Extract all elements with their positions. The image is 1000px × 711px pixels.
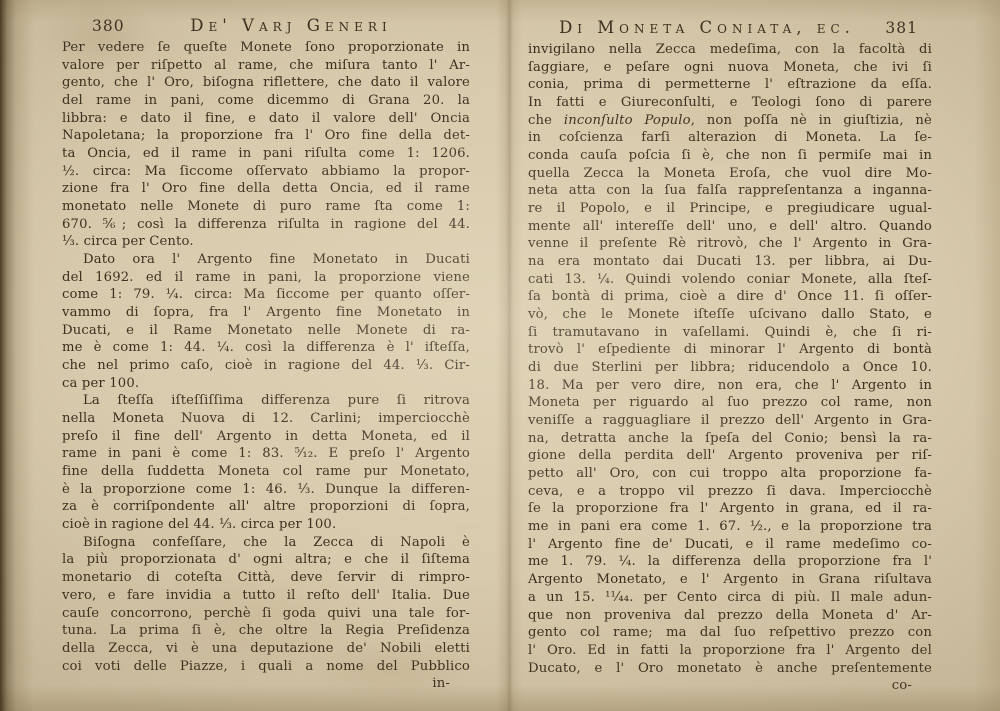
text-line: Argento Monetato, e l' Argento in Grana …	[528, 571, 932, 589]
left-text-block: Per vedere ſe queſte Monete ſono proporz…	[62, 39, 470, 675]
text-line: Ducato, e l' Oro monetato è anche preſen…	[528, 660, 932, 678]
text-line: monetario di coteſta Città, deve ſervir …	[62, 569, 470, 587]
text-line: come 1: 79. ¼. circa: Ma ſiccome per qua…	[62, 286, 470, 304]
text-line: zione fra l' Oro fine della detta Oncia,…	[62, 180, 470, 198]
right-page-number: 381	[858, 19, 932, 37]
text-line: cauſe concorrono, perchè ſi goda quivi u…	[62, 605, 470, 623]
text-line: cioè in ragione del 44. ⅓. circa per 100…	[62, 516, 470, 534]
text-line: ſi tramutavano in vaſellami. Quindi è, c…	[528, 324, 932, 342]
text-line: za è corriſpondente all' altre proporzio…	[62, 498, 470, 516]
text-line: gento, che l' Oro, biſogna riflettere, c…	[62, 74, 470, 92]
text-line: ceva, e a troppo vil prezzo ſi dava. Imp…	[528, 483, 932, 501]
text-line: Ducati, e il Rame Monetato nelle Monete …	[62, 322, 470, 340]
text-line: conia, prima di permetterne l' eſtrazion…	[528, 76, 932, 94]
text-line: quella Zecca la Moneta Eroſa, che vuol d…	[528, 165, 932, 183]
text-line: ⅓. circa per Cento.	[62, 233, 470, 251]
text-line: della Zecca, vi è una deputazione de' No…	[62, 640, 470, 658]
text-line: 18. Ma per vero dire, non era, che l' Ar…	[528, 377, 932, 395]
text-line: me in pani era come 1. 67. ½., e la prop…	[528, 518, 932, 536]
right-text-block: invigilano nella Zecca medeſima, con la …	[528, 41, 932, 677]
text-line: gione della perdita dell' Argento proven…	[528, 447, 932, 465]
text-line: na era montato dai Ducati 13. per libbra…	[528, 253, 932, 271]
text-line: cati 13. ¼. Quindi volendo coniar Monete…	[528, 271, 932, 289]
text-line: ta Oncia, ed il rame in pani riſulta com…	[62, 145, 470, 163]
text-line: che inconſulto Populo, non poſſa nè in g…	[528, 112, 932, 130]
text-line: di due Sterlini per libbra; riducendolo …	[528, 359, 932, 377]
left-page-header: 380 De' Varj Generi	[62, 16, 470, 38]
text-line: fine della ſuddetta Moneta col rame pur …	[62, 463, 470, 481]
text-line: venne il preſente Rè ritrovò, che l' Arg…	[528, 235, 932, 253]
text-line: me è come 1: 44. ¼. così la differenza è…	[62, 339, 470, 357]
text-line: in coſcienza farſi alterazion di Moneta.…	[528, 129, 932, 147]
text-line: petto all' Oro, con cui troppo alta prop…	[528, 465, 932, 483]
text-line: vammo di ſopra, fra l' Argento fine Mone…	[62, 304, 470, 322]
text-line: re il Popolo, e il Principe, e pregiudic…	[528, 200, 932, 218]
book-scan: 380 De' Varj Generi Per vedere ſe queſte…	[0, 0, 1000, 711]
text-line: vò, che le Monete iſteſſe uſcivano dallo…	[528, 306, 932, 324]
text-line: Napoletana; la proporzione fra l' Oro fi…	[62, 127, 470, 145]
text-line: mente all' intereſſe dell' uno, e dell' …	[528, 218, 932, 236]
text-line: veniſſe a ragguagliare il prezzo dell' A…	[528, 412, 932, 430]
left-page-number: 380	[62, 17, 152, 35]
text-line: Biſogna confeſſare, che la Zecca di Napo…	[62, 534, 470, 552]
text-line: del rame in pani, come dicemmo di Grana …	[62, 92, 470, 110]
text-line: Per vedere ſe queſte Monete ſono proporz…	[62, 39, 470, 57]
text-line: monetato nelle Monete di puro rame ſta c…	[62, 198, 470, 216]
text-line: 670. ⅚; così la differenza riſulta in ra…	[62, 216, 470, 234]
text-line: a un 15. ¹¹⁄₄₄. per Cento circa di più. …	[528, 589, 932, 607]
text-line: ſe la proporzione fra l' Argento in gran…	[528, 500, 932, 518]
text-line: ½. circa: Ma ſiccome oſſervato abbiamo l…	[62, 163, 470, 181]
text-line: gento col rame; ma dal ſuo reſpettivo pr…	[528, 624, 932, 642]
text-line: que non proveniva dal prezzo della Monet…	[528, 607, 932, 625]
text-line: trovò l' eſpediente di minorar l' Argent…	[528, 341, 932, 359]
text-line: coi voti delle Piazze, i quali a nome de…	[62, 658, 470, 676]
text-line: invigilano nella Zecca medeſima, con la …	[528, 41, 932, 59]
left-running-title: De' Varj Generi	[152, 16, 430, 35]
text-line: La ſteſſa iſteſſiſſima differenza pure ſ…	[62, 392, 470, 410]
right-page: Di Moneta Coniata, ec. 381 invigilano ne…	[528, 18, 932, 695]
text-line: tuna. La prima ſi è, che oltre la Regia …	[62, 622, 470, 640]
text-line: è la proporzione come 1: 46. ⅓. Dunque l…	[62, 481, 470, 499]
text-line: Dato ora l' Argento fine Monetato in Duc…	[62, 251, 470, 269]
text-line: nella Moneta Nuova di 12. Carlini; imper…	[62, 410, 470, 428]
text-line: conda cauſa poſcia ſi è, che non ſi perm…	[528, 147, 932, 165]
text-line: la più proporzionata d' ogni altra; e ch…	[62, 551, 470, 569]
text-line: valore per riſpetto al rame, che miſura …	[62, 57, 470, 75]
text-line: In fatti e Giureconſulti, e Teologi ſono…	[528, 94, 932, 112]
text-line: rame in pani è come 1: 83. ⁵⁄₁₂. E preſo…	[62, 445, 470, 463]
left-page: 380 De' Varj Generi Per vedere ſe queſte…	[62, 16, 470, 693]
text-line: ca per 100.	[62, 375, 470, 393]
text-line: preſo il fine dell' Argento in detta Mon…	[62, 428, 470, 446]
text-line: Moneta per riguardo al ſuo prezzo col ra…	[528, 394, 932, 412]
text-line: l' Oro. Ed in fatti la proporzione fra l…	[528, 642, 932, 660]
left-catchword: in-	[62, 675, 470, 693]
text-line: che nel primo caſo, cioè in ragione del …	[62, 357, 470, 375]
text-line: na, detratta anche la ſpeſa del Conio; b…	[528, 430, 932, 448]
text-line: del 1692. ed il rame in pani, la proporz…	[62, 269, 470, 287]
text-line: ſaggiare, e peſare ogni nuova Moneta, ch…	[528, 59, 932, 77]
page-gutter	[496, 0, 522, 711]
text-line: l' Argento fine de' Ducati, e il rame me…	[528, 536, 932, 554]
text-line: neta atta con la ſua falſa rappreſentanz…	[528, 182, 932, 200]
right-page-header: Di Moneta Coniata, ec. 381	[528, 18, 932, 40]
text-line: vero, e fare invidia a tutto il reſto de…	[62, 587, 470, 605]
right-catchword: co-	[528, 677, 932, 695]
text-line: ſa bontà di prima, cioè a dire d' Once 1…	[528, 288, 932, 306]
right-running-title: Di Moneta Coniata, ec.	[556, 18, 858, 37]
text-line: libbra: e dato il fine, e dato il valore…	[62, 110, 470, 128]
text-line: me 1. 79. ¼. la differenza della proporz…	[528, 553, 932, 571]
